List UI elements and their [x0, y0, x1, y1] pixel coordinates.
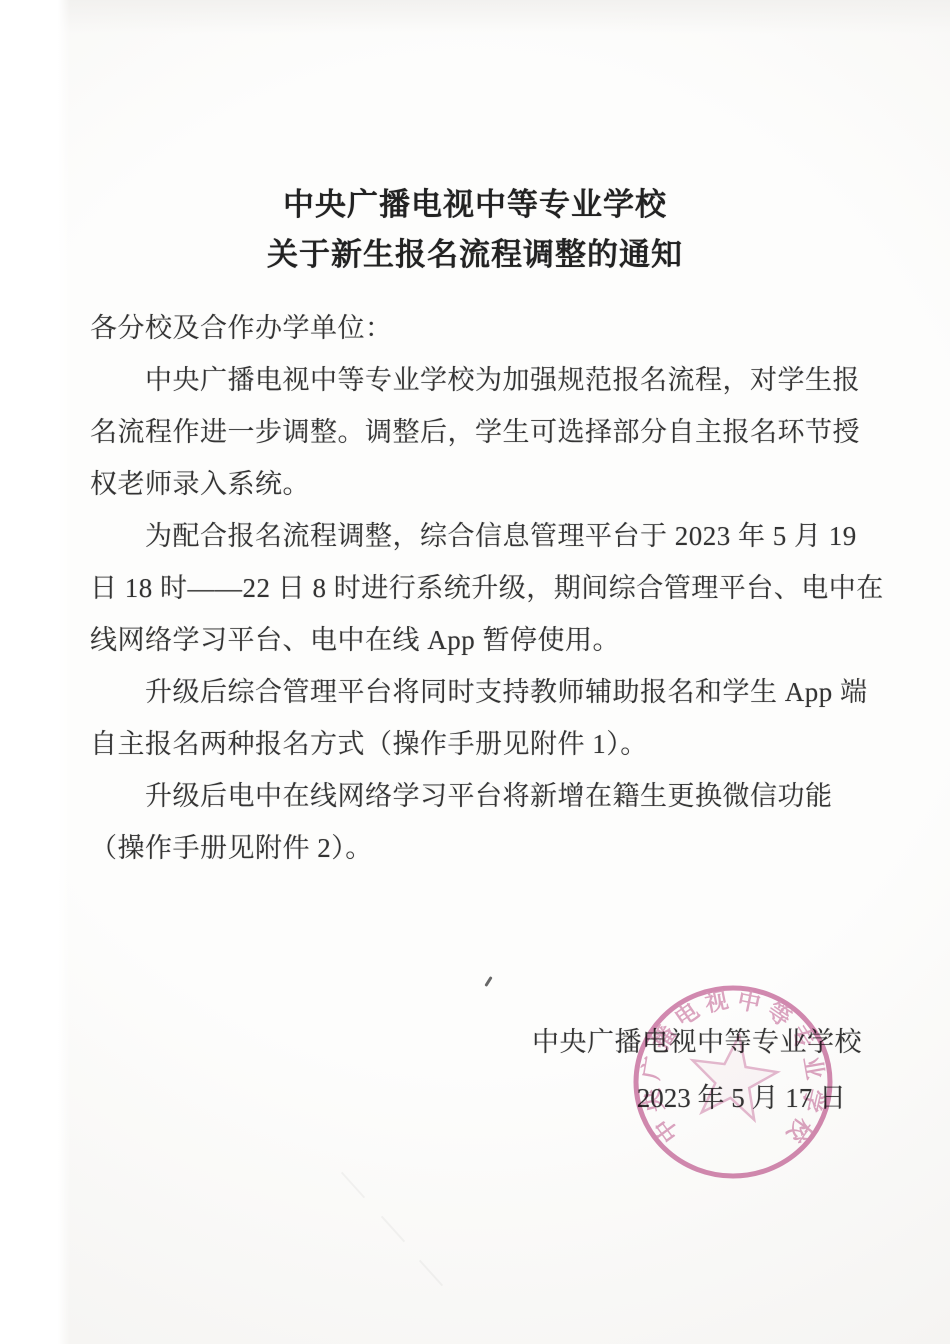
body-line: 线网络学习平台、电中在线 App 暂停使用。: [90, 614, 870, 666]
scan-scratch: [341, 1172, 365, 1199]
official-red-seal: 中央广播电视中等专业学校: [630, 984, 836, 1184]
body-line: 日 18 时——22 日 8 时进行系统升级，期间综合管理平台、电中在: [90, 562, 870, 614]
body-line: （操作手册见附件 2）。: [90, 822, 870, 874]
salutation-line: 各分校及合作办学单位：: [90, 302, 870, 354]
body-line: 升级后综合管理平台将同时支持教师辅助报名和学生 App 端: [90, 666, 870, 718]
body-line: 中央广播电视中等专业学校为加强规范报名流程，对学生报: [90, 354, 870, 406]
document-title: 中央广播电视中等专业学校 关于新生报名流程调整的通知: [0, 180, 950, 280]
document-body: 各分校及合作办学单位： 中央广播电视中等专业学校为加强规范报名流程，对学生报 名…: [90, 302, 870, 874]
title-line-2: 关于新生报名流程调整的通知: [0, 230, 950, 280]
body-line: 自主报名两种报名方式（操作手册见附件 1）。: [90, 718, 870, 770]
scan-scratch: [381, 1216, 405, 1243]
body-line: 权老师录入系统。: [90, 458, 870, 510]
star-icon: [686, 1029, 782, 1122]
title-line-1: 中央广播电视中等专业学校: [0, 180, 950, 230]
body-line: 升级后电中在线网络学习平台将新增在籍生更换微信功能: [90, 770, 870, 822]
scan-scratch: [419, 1260, 443, 1287]
body-line: 为配合报名流程调整，综合信息管理平台于 2023 年 5 月 19: [90, 510, 870, 562]
body-line: 名流程作进一步调整。调整后，学生可选择部分自主报名环节授: [90, 406, 870, 458]
scanned-notice-page: 中央广播电视中等专业学校 关于新生报名流程调整的通知 各分校及合作办学单位： 中…: [0, 0, 950, 1344]
pen-tick-mark: [484, 976, 492, 987]
